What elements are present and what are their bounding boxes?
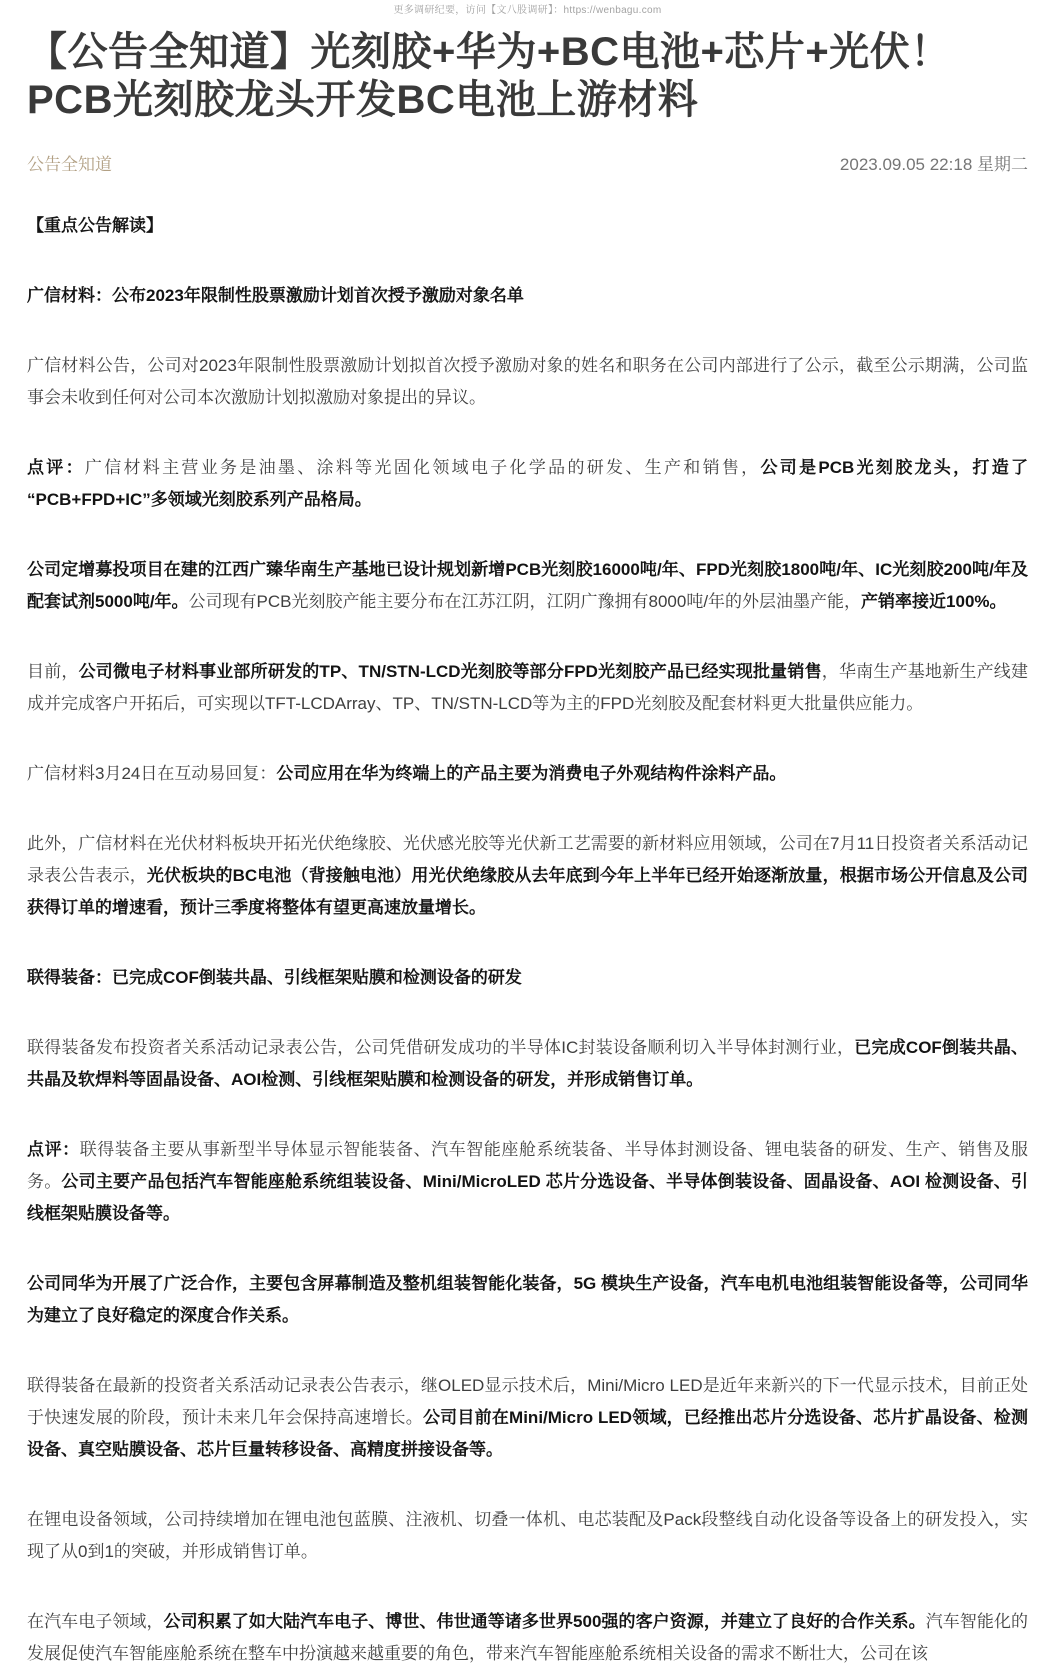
paragraph: 目前，公司微电子材料事业部所研发的TP、TN/STN-LCD光刻胶等部分FPD光… [27, 656, 1028, 720]
bold-text: 公司积累了如大陆汽车电子、博世、伟世通等诸多世界500强的客户资源，并建立了良好… [164, 1612, 926, 1631]
paragraph: 【重点公告解读】 [27, 210, 1028, 242]
watermark-text: 更多调研纪要，访问【文八股调研】：https://wenbagu.com [27, 0, 1028, 18]
paragraph: 点评：广信材料主营业务是油墨、涂料等光固化领域电子化学品的研发、生产和销售，公司… [27, 452, 1028, 516]
bold-text: 广信材料：公布2023年限制性股票激励计划首次授予激励对象名单 [27, 286, 524, 305]
body-text: 在锂电设备领域，公司持续增加在锂电池包蓝膜、注液机、切叠一体机、电芯装配及Pac… [27, 1510, 1028, 1561]
article-page: 更多调研纪要，访问【文八股调研】：https://wenbagu.com 【公告… [0, 0, 1055, 1670]
paragraph: 公司同华为开展了广泛合作，主要包含屏幕制造及整机组装智能化装备，5G 模块生产设… [27, 1268, 1028, 1332]
body-text: 广信材料3月24日在互动易回复： [27, 764, 276, 783]
bold-text: 点评： [27, 1140, 80, 1159]
paragraph: 在汽车电子领域，公司积累了如大陆汽车电子、博世、伟世通等诸多世界500强的客户资… [27, 1606, 1028, 1670]
body-text: 目前， [27, 662, 79, 681]
publish-datetime: 2023.09.05 22:18 星期二 [840, 154, 1028, 176]
bold-text: 公司应用在华为终端上的产品主要为消费电子外观结构件涂料产品。 [276, 764, 786, 783]
body-text: 广信材料公告，公司对2023年限制性股票激励计划拟首次授予激励对象的姓名和职务在… [27, 356, 1028, 407]
paragraph: 广信材料3月24日在互动易回复：公司应用在华为终端上的产品主要为消费电子外观结构… [27, 758, 1028, 790]
paragraph: 联得装备：已完成COF倒装共晶、引线框架贴膜和检测设备的研发 [27, 962, 1028, 994]
body-text: 公司现有PCB光刻胶产能主要分布在江苏江阴，江阴广豫拥有8000吨/年的外层油墨… [189, 592, 862, 611]
article-meta: 公告全知道 2023.09.05 22:18 星期二 [27, 154, 1028, 176]
bold-text: 公司同华为开展了广泛合作，主要包含屏幕制造及整机组装智能化装备，5G 模块生产设… [27, 1274, 1028, 1325]
bold-text: 联得装备：已完成COF倒装共晶、引线框架贴膜和检测设备的研发 [27, 968, 522, 987]
page-title: 【公告全知道】光刻胶+华为+BC电池+芯片+光伏！PCB光刻胶龙头开发BC电池上… [27, 28, 1028, 124]
bold-text: 公司主要产品包括汽车智能座舱系统组装设备、Mini/MicroLED 芯片分选设… [27, 1172, 1028, 1223]
paragraph: 点评：联得装备主要从事新型半导体显示智能装备、汽车智能座舱系统装备、半导体封测设… [27, 1134, 1028, 1230]
paragraph: 广信材料：公布2023年限制性股票激励计划首次授予激励对象名单 [27, 280, 1028, 312]
body-text: 在汽车电子领域， [27, 1612, 164, 1631]
bold-text: 【重点公告解读】 [27, 216, 163, 235]
article-body: 【重点公告解读】广信材料：公布2023年限制性股票激励计划首次授予激励对象名单广… [27, 210, 1028, 1670]
paragraph: 此外，广信材料在光伏材料板块开拓光伏绝缘胶、光伏感光胶等光伏新工艺需要的新材料应… [27, 828, 1028, 924]
author-link[interactable]: 公告全知道 [27, 154, 112, 176]
paragraph: 联得装备发布投资者关系活动记录表公告，公司凭借研发成功的半导体IC封装设备顺利切… [27, 1032, 1028, 1096]
bold-text: 光伏板块的BC电池（背接触电池）用光伏绝缘胶从去年底到今年上半年已经开始逐渐放量… [27, 866, 1028, 917]
body-text: 联得装备发布投资者关系活动记录表公告，公司凭借研发成功的半导体IC封装设备顺利切… [27, 1038, 854, 1057]
bold-text: 公司微电子材料事业部所研发的TP、TN/STN-LCD光刻胶等部分FPD光刻胶产… [79, 662, 822, 681]
body-text: 广信材料主营业务是油墨、涂料等光固化领域电子化学品的研发、生产和销售， [85, 458, 761, 477]
paragraph: 广信材料公告，公司对2023年限制性股票激励计划拟首次授予激励对象的姓名和职务在… [27, 350, 1028, 414]
paragraph: 在锂电设备领域，公司持续增加在锂电池包蓝膜、注液机、切叠一体机、电芯装配及Pac… [27, 1504, 1028, 1568]
paragraph: 公司定增募投项目在建的江西广臻华南生产基地已设计规划新增PCB光刻胶16000吨… [27, 554, 1028, 618]
paragraph: 联得装备在最新的投资者关系活动记录表公告表示，继OLED显示技术后，Mini/M… [27, 1370, 1028, 1466]
bold-text: 点评： [27, 458, 85, 477]
bold-text: 产销率接近100%。 [861, 592, 1006, 611]
